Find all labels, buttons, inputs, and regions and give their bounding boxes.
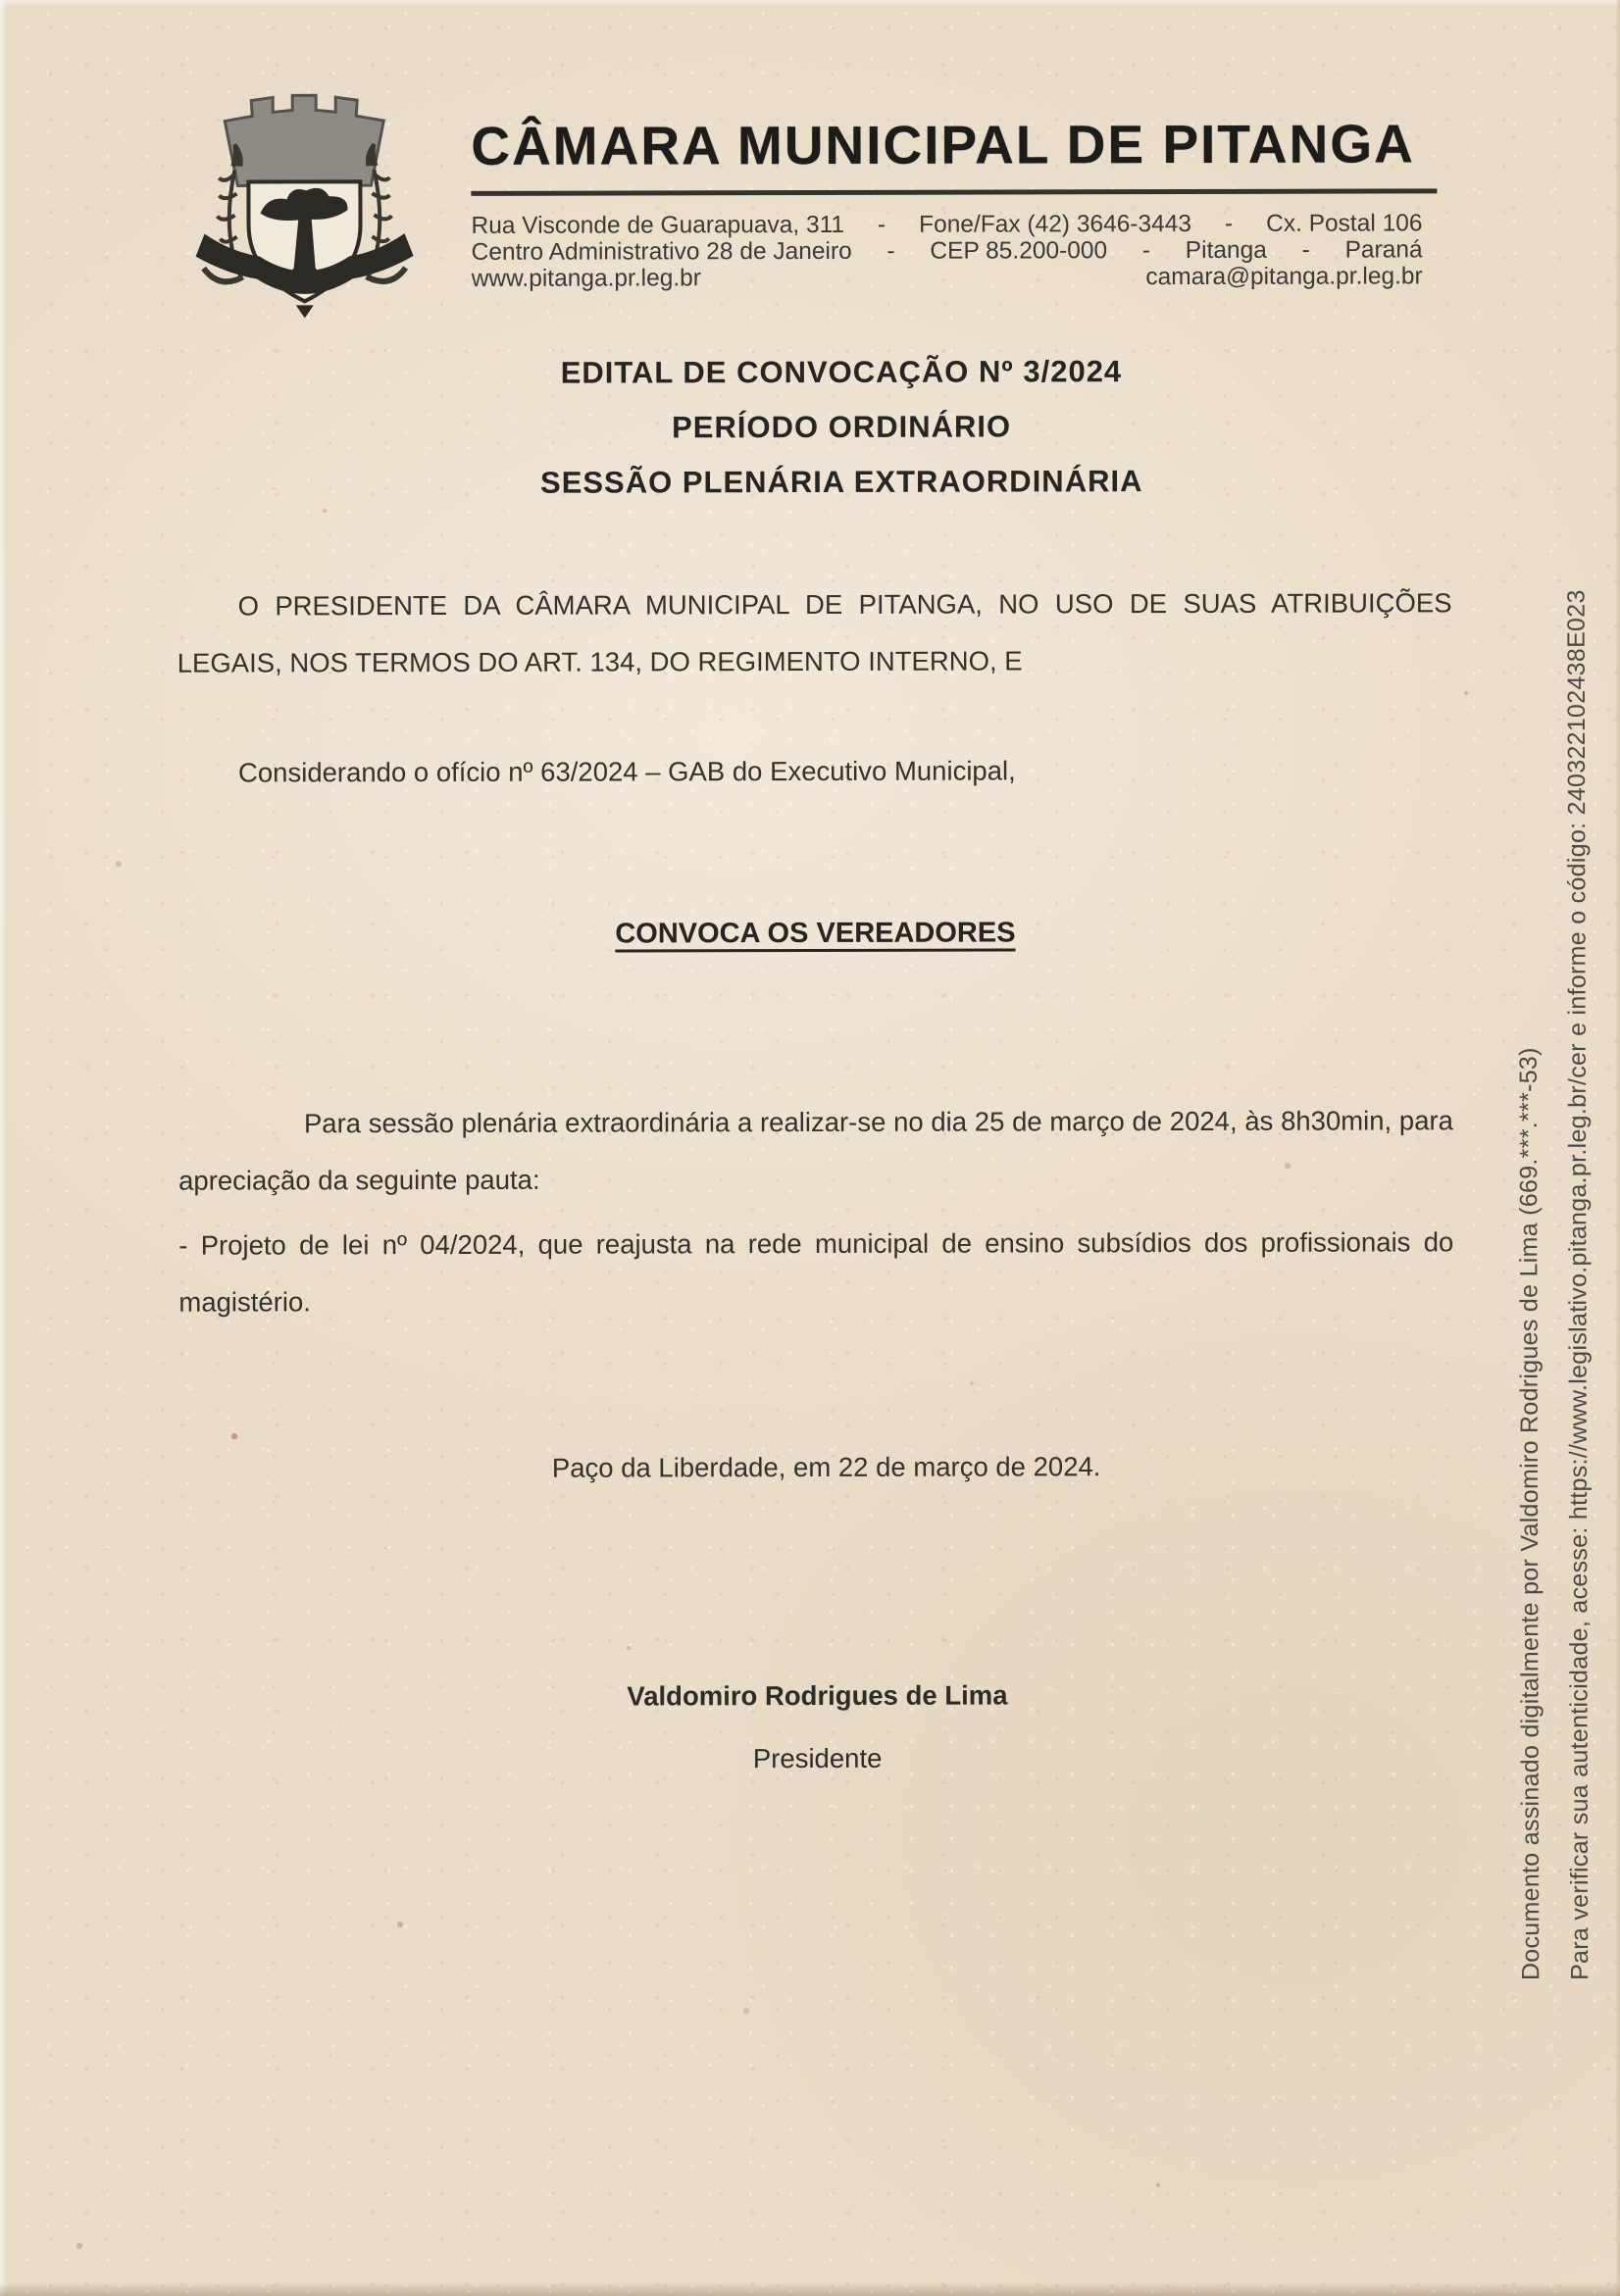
period-title: PERÍODO ORDINÁRIO — [184, 398, 1498, 457]
mural-crown-icon — [225, 95, 383, 185]
place-date: Paço da Liberdade, em 22 de março de 202… — [179, 1436, 1620, 1497]
separator-dash: - — [1219, 211, 1239, 237]
contact-block: Rua Visconde de Guarapuava, 311 - Fone/F… — [472, 210, 1423, 292]
contact-row-2: Centro Administrativo 28 de Janeiro - CE… — [472, 236, 1423, 266]
separator-dash: - — [1137, 237, 1156, 264]
phone-text: Fone/Fax (42) 3646-3443 — [919, 211, 1191, 238]
session-title: SESSÃO PLENÁRIA EXTRAORDINÁRIA — [184, 453, 1498, 512]
state-text: Paraná — [1345, 236, 1423, 263]
digital-signature-line2: Para verificar sua autenticidade, acesse… — [1551, 446, 1604, 1980]
digital-signature-line1: Documento assinado digitalmente por Vald… — [1502, 446, 1555, 1980]
agenda-item: - Projeto de lei nº 04/2024, que reajust… — [178, 1214, 1453, 1330]
signature-name: Valdomiro Rodrigues de Lima — [179, 1663, 1454, 1728]
coat-of-arms-icon — [162, 75, 447, 322]
edital-title: EDITAL DE CONVOCAÇÃO Nº 3/2024 — [184, 343, 1498, 402]
digital-signature-note: Documento assinado digitalmente por Vald… — [1502, 446, 1604, 1980]
address-text: Rua Visconde de Guarapuava, 311 — [472, 212, 845, 239]
header-rule — [471, 188, 1437, 196]
signature-role: Presidente — [180, 1725, 1455, 1791]
contact-row-3: www.pitanga.pr.leg.br camara@pitanga.pr.… — [472, 263, 1423, 292]
convocation-heading-text: CONVOCA OS VEREADORES — [615, 917, 1015, 949]
separator-dash: - — [881, 238, 900, 265]
email-text: camara@pitanga.pr.leg.br — [1145, 263, 1422, 290]
paragraph-president: O PRESIDENTE DA CÂMARA MUNICIPAL DE PITA… — [177, 574, 1451, 691]
admin-center-text: Centro Administrativo 28 de Janeiro — [472, 238, 852, 266]
scan-edge-right — [1615, 0, 1620, 2296]
separator-dash: - — [1296, 237, 1316, 264]
contact-row-1: Rua Visconde de Guarapuava, 311 - Fone/F… — [472, 210, 1423, 239]
scan-edge-top — [0, 0, 1620, 6]
website-text: www.pitanga.pr.leg.br — [472, 265, 701, 292]
cep-text: CEP 85.200-000 — [930, 237, 1107, 264]
convocation-heading: CONVOCA OS VEREADORES — [177, 916, 1452, 951]
separator-dash: - — [872, 212, 891, 238]
paragraph-session-call: Para sessão plenária extraordinária a re… — [178, 1092, 1453, 1209]
org-name: CÂMARA MUNICIPAL DE PITANGA — [471, 112, 1451, 177]
scanned-document: CÂMARA MUNICIPAL DE PITANGA Rua Visconde… — [0, 0, 1620, 2296]
paragraph-considerando: Considerando o ofício nº 63/2024 – GAB d… — [177, 741, 1452, 801]
scan-edge-bottom — [0, 2282, 1620, 2296]
document-titles: EDITAL DE CONVOCAÇÃO Nº 3/2024 PERÍODO O… — [184, 343, 1498, 512]
po-box-text: Cx. Postal 106 — [1266, 210, 1422, 236]
signature-block: Valdomiro Rodrigues de Lima Presidente — [179, 1663, 1454, 1791]
scan-edge-left — [0, 0, 7, 2296]
city-text: Pitanga — [1186, 237, 1267, 264]
